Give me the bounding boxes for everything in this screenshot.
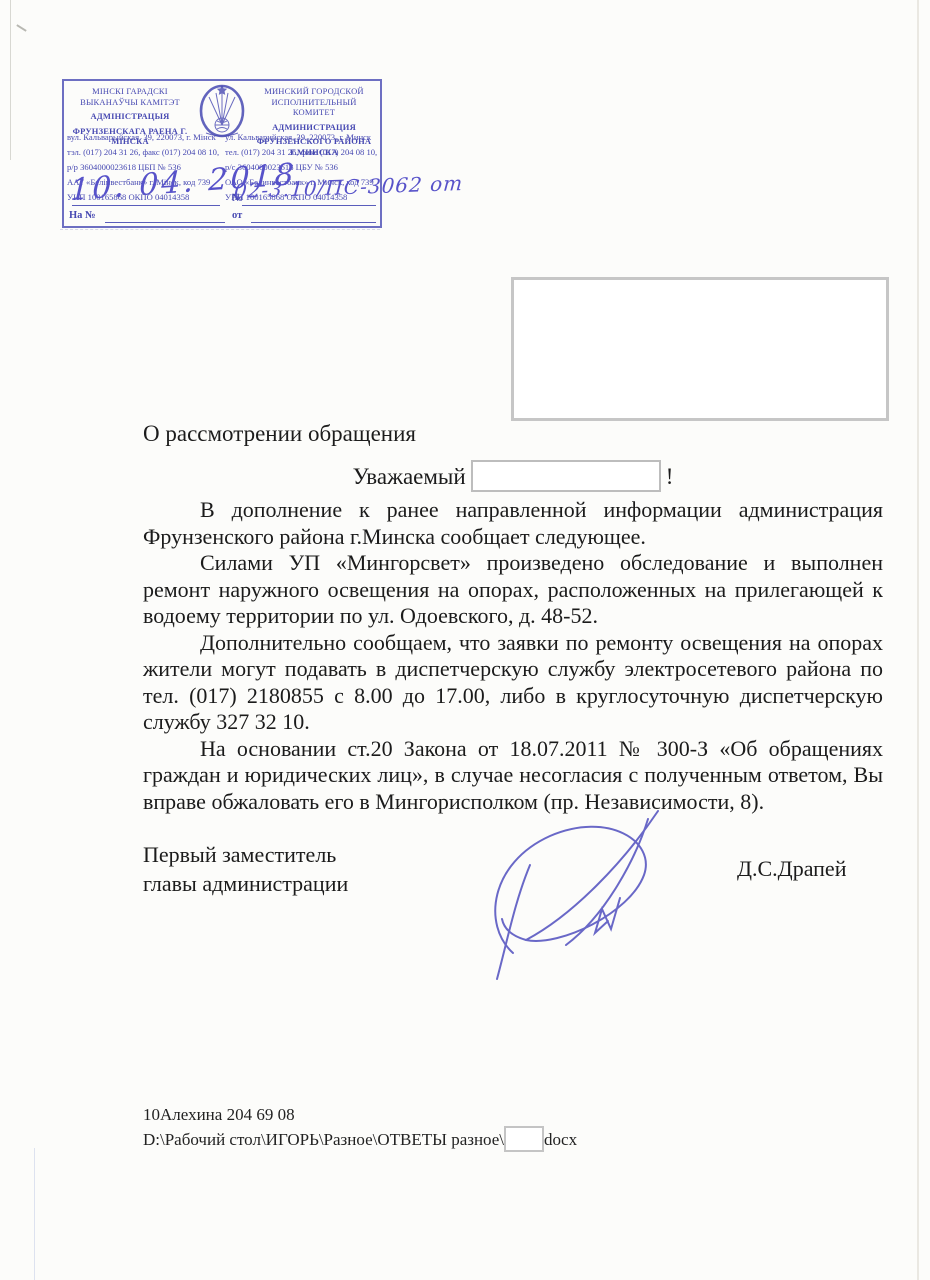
scan-edge-artifact [10,0,11,160]
executor-line: 10Алехина 204 69 08 [143,1103,577,1126]
paragraph: Дополнительно сообщаем, что заявки по ре… [143,630,883,736]
org-name-line: ИСПОЛНИТЕЛЬНЫЙ КОМИТЕТ [250,97,378,118]
footer-block: 10Алехина 204 69 08 D:\Рабочий стол\ИГОР… [143,1103,577,1152]
file-path-prefix: D:\Рабочий стол\ИГОРЬ\Разное\ОТВЕТЫ разн… [143,1130,504,1149]
name-redaction-box [471,460,661,492]
paragraph: В дополнение к ранее направленной информ… [143,497,883,550]
salutation-line: Уважаемый! [143,460,883,492]
scan-edge-artifact [917,0,919,1280]
scanned-letter-page: МІНСКІ ГАРАДСКІ ВЫКАНАЎЧЫ КАМІТЭТ АДМІНІ… [0,0,930,1280]
incoming-date-label: от [232,210,242,221]
signer-position-line: главы администрации [143,869,348,898]
signer-position-line: Первый заместитель [143,840,348,869]
paragraph: Силами УП «Мингорсвет» произведено обсле… [143,550,883,630]
admin-name-line: АДМІНІСТРАЦЫЯ [66,111,194,122]
file-path-suffix: docx [544,1130,577,1149]
address-line: тэл. (017) 204 31 26, факс (017) 204 08 … [67,145,222,160]
scan-dashed-line-artifact [60,229,380,230]
signer-name: Д.С.Драпей [737,856,846,882]
salutation-prefix: Уважаемый [353,464,466,489]
file-path-line: D:\Рабочий стол\ИГОРЬ\Разное\ОТВЕТЫ разн… [143,1126,577,1152]
address-line: вул. Кальварыйская, 39, 220073, г. Мінск [67,130,222,145]
org-name-line: МИНСКИЙ ГОРОДСКОЙ [250,86,378,97]
recipient-redaction-box [511,277,889,421]
letterhead-stamp: МІНСКІ ГАРАДСКІ ВЫКАНАЎЧЫ КАМІТЭТ АДМІНІ… [62,79,382,228]
incoming-number-underline [105,222,225,223]
scan-mark-artifact [16,24,26,32]
letter-body: В дополнение к ранее направленной информ… [143,497,883,815]
date-underline [72,205,220,206]
salutation-suffix: ! [666,464,674,489]
address-line: ул. Кальварийская, 39, 220073, г. Минск [225,130,380,145]
org-name-line: ВЫКАНАЎЧЫ КАМІТЭТ [66,97,194,108]
signer-position: Первый заместитель главы администрации [143,840,348,898]
number-underline [242,205,376,206]
filename-redaction-box [504,1126,544,1152]
org-name-line: МІНСКІ ГАРАДСКІ [66,86,194,97]
scan-line-artifact [34,1148,35,1280]
handwritten-signature-icon [468,803,693,988]
incoming-date-underline [251,222,376,223]
subject-line: О рассмотрении обращения [143,421,416,447]
incoming-number-label: На № [69,210,96,221]
address-line: тел. (017) 204 31 26, факс (017) 204 08 … [225,145,380,160]
